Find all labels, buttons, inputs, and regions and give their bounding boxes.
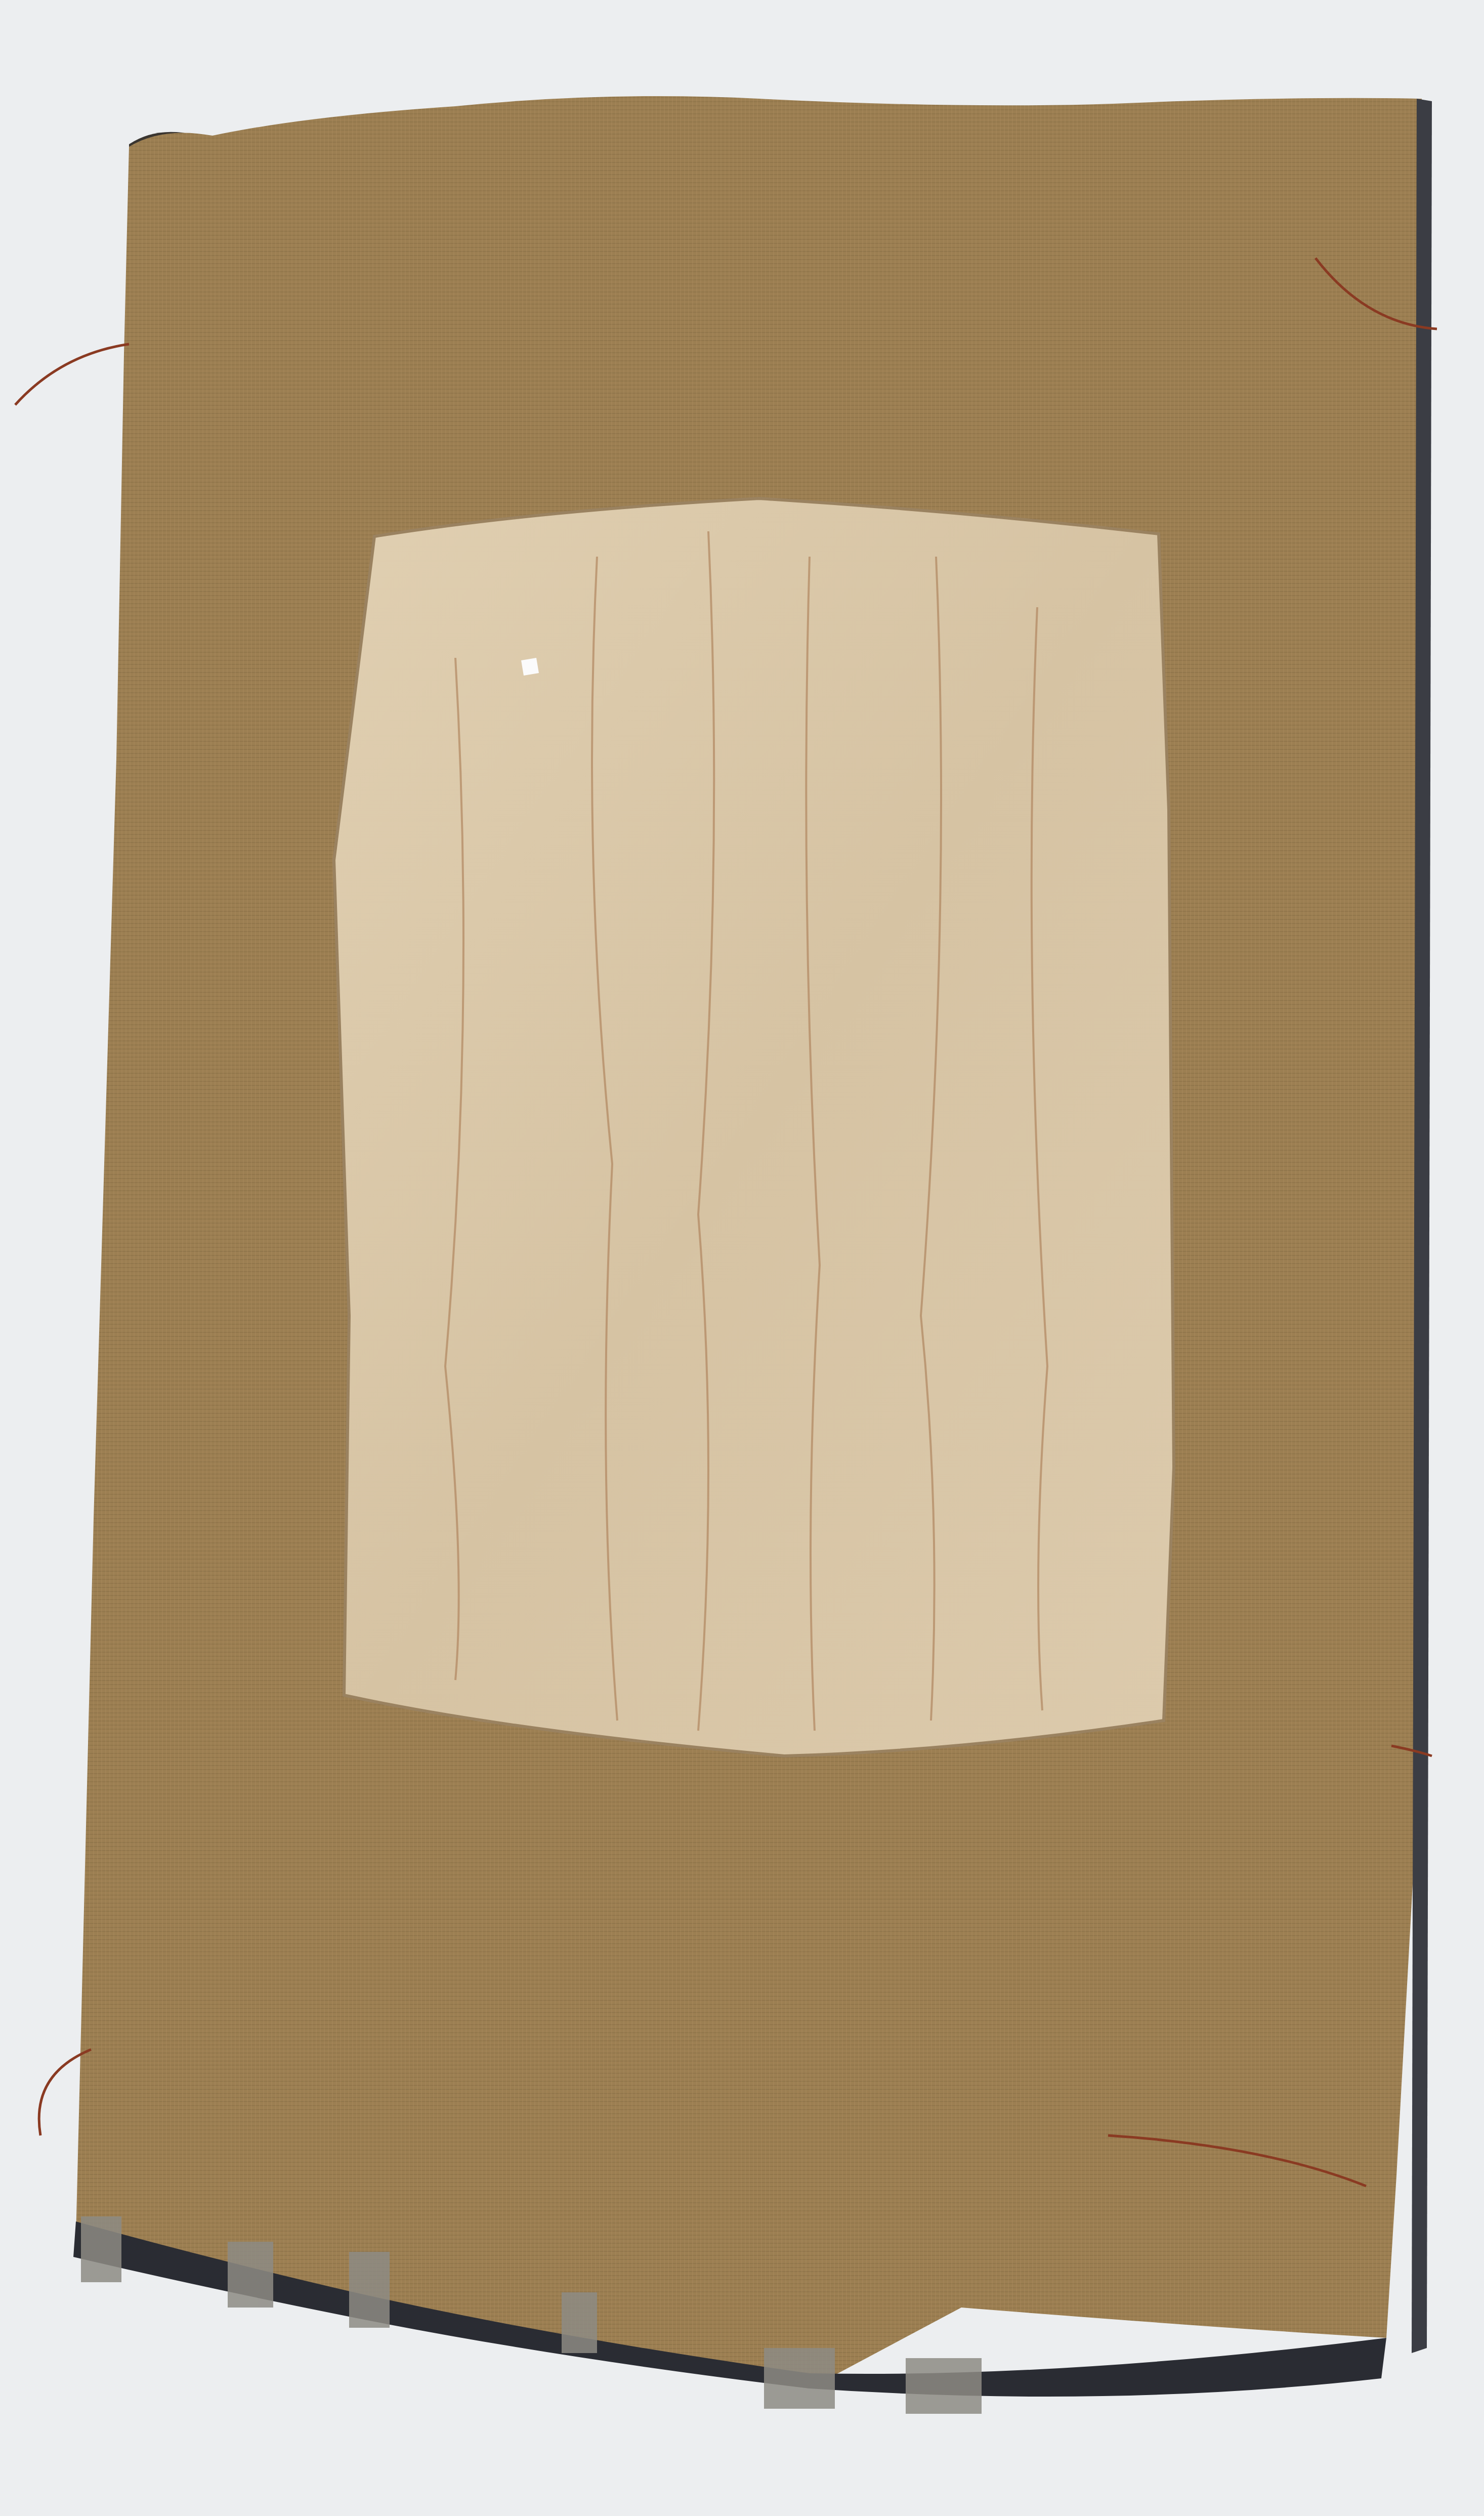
textile-photo	[0, 0, 1484, 2516]
white-patch	[521, 658, 539, 676]
